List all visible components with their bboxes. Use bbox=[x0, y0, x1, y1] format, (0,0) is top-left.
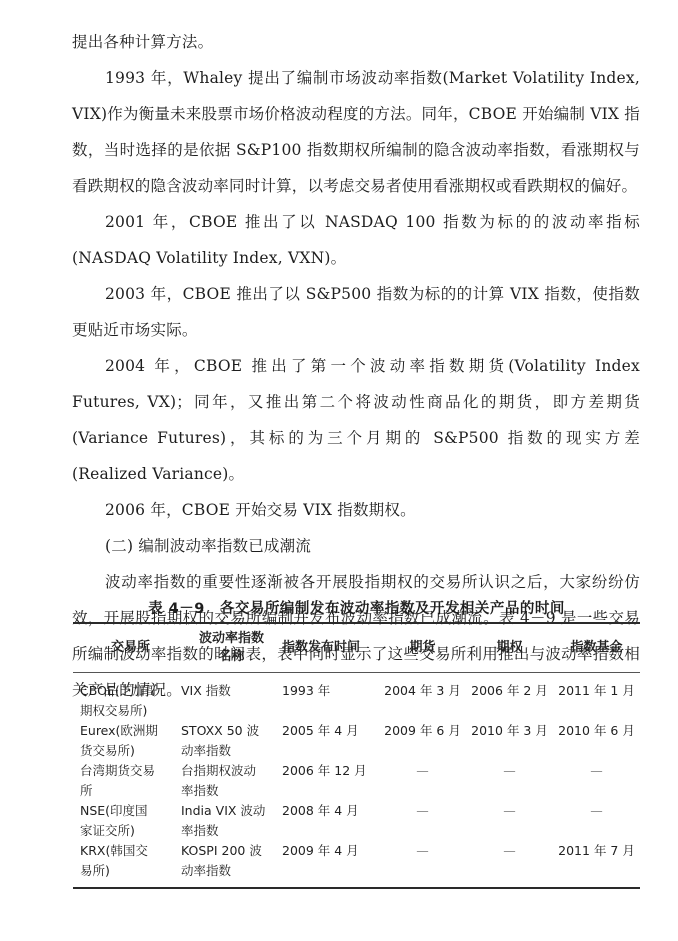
paragraph-1993-vix: 1993 年，Whaley 提出了编制市场波动率指数(Market Volati… bbox=[72, 60, 640, 204]
cell-options: — bbox=[466, 841, 553, 888]
header-futures: 期货 bbox=[379, 623, 466, 673]
cell-exchange-line2: 所 bbox=[80, 783, 93, 798]
cell-futures: — bbox=[379, 841, 466, 888]
cell-options: — bbox=[466, 761, 553, 801]
header-index-name: 波动率指数 名称 bbox=[181, 623, 282, 673]
table-row: CBOE(芝加哥期权交易所) VIX 指数 1993 年 2004 年 3 月 … bbox=[73, 673, 640, 722]
cell-index-name-line1: STOXX 50 波 bbox=[181, 723, 259, 738]
header-exchange: 交易所 bbox=[73, 623, 181, 673]
cell-exchange-line2: 家证交所) bbox=[80, 823, 135, 838]
cell-exchange: 台湾期货交易所 bbox=[73, 761, 181, 801]
paragraph-intro-tail: 提出各种计算方法。 bbox=[72, 24, 640, 60]
cell-futures: 2009 年 6 月 bbox=[379, 721, 466, 761]
header-index-fund: 指数基金 bbox=[553, 623, 640, 673]
table-row: 台湾期货交易所 台指期权波动率指数 2006 年 12 月 — — — bbox=[73, 761, 640, 801]
cell-index-name-line1: 台指期权波动 bbox=[181, 763, 256, 778]
cell-exchange-line2: 货交易所) bbox=[80, 743, 135, 758]
cell-index-name: 台指期权波动率指数 bbox=[181, 761, 282, 801]
cell-index-name-line2: 率指数 bbox=[181, 823, 219, 838]
table-row: NSE(印度国家证交所) India VIX 波动率指数 2008 年 4 月 … bbox=[73, 801, 640, 841]
cell-release: 2008 年 4 月 bbox=[282, 801, 379, 841]
cell-exchange-line1: Eurex(欧洲期 bbox=[80, 723, 158, 738]
header-options: 期权 bbox=[466, 623, 553, 673]
header-exchange-label: 交易所 bbox=[111, 640, 150, 655]
cell-index-name-line1: VIX 指数 bbox=[181, 683, 231, 698]
paragraph-2003-sp500: 2003 年，CBOE 推出了以 S&P500 指数为标的的计算 VIX 指数，… bbox=[72, 276, 640, 348]
cell-options: — bbox=[466, 801, 553, 841]
table-4-9: 表 4－9 各交易所编制发布波动率指数及开发相关产品的时间 交易所 波动率指数 … bbox=[73, 598, 640, 889]
cell-release: 2009 年 4 月 bbox=[282, 841, 379, 888]
cell-exchange-line1: NSE(印度国 bbox=[80, 803, 148, 818]
paragraph-2004-futures: 2004 年，CBOE 推出了第一个波动率指数期货(Volatility Ind… bbox=[72, 348, 640, 492]
cell-fund: 2010 年 6 月 bbox=[553, 721, 640, 761]
cell-release: 1993 年 bbox=[282, 673, 379, 722]
cell-exchange: CBOE(芝加哥期权交易所) bbox=[73, 673, 181, 722]
volatility-index-table: 交易所 波动率指数 名称 指数发布时间 期货 期权 指数基金 CBOE(芝加哥期… bbox=[73, 622, 640, 889]
paragraph-2006-options: 2006 年，CBOE 开始交易 VIX 指数期权。 bbox=[72, 492, 640, 528]
header-index-fund-label: 指数基金 bbox=[570, 640, 622, 655]
cell-exchange-line1: KRX(韩国交 bbox=[80, 843, 148, 858]
cell-fund: 2011 年 7 月 bbox=[553, 841, 640, 888]
cell-exchange: Eurex(欧洲期货交易所) bbox=[73, 721, 181, 761]
cell-futures: — bbox=[379, 801, 466, 841]
header-futures-label: 期货 bbox=[409, 640, 435, 655]
cell-index-name-line2: 动率指数 bbox=[181, 743, 231, 758]
table-header-row: 交易所 波动率指数 名称 指数发布时间 期货 期权 指数基金 bbox=[73, 623, 640, 673]
cell-release: 2006 年 12 月 bbox=[282, 761, 379, 801]
header-index-name-line1: 波动率指数 bbox=[199, 631, 264, 646]
cell-futures: — bbox=[379, 761, 466, 801]
cell-exchange-line2: 期权交易所) bbox=[80, 703, 147, 718]
cell-fund: — bbox=[553, 761, 640, 801]
header-options-label: 期权 bbox=[496, 640, 522, 655]
cell-index-name-line1: India VIX 波动 bbox=[181, 803, 265, 818]
header-release-time-label: 指数发布时间 bbox=[282, 640, 360, 655]
cell-index-name: VIX 指数 bbox=[181, 673, 282, 722]
cell-fund: — bbox=[553, 801, 640, 841]
paragraph-2001-vxn: 2001 年，CBOE 推出了以 NASDAQ 100 指数为标的的波动率指标(… bbox=[72, 204, 640, 276]
table-title: 表 4－9 各交易所编制发布波动率指数及开发相关产品的时间 bbox=[73, 598, 640, 620]
cell-futures: 2004 年 3 月 bbox=[379, 673, 466, 722]
cell-index-name-line2: 动率指数 bbox=[181, 863, 231, 878]
cell-release: 2005 年 4 月 bbox=[282, 721, 379, 761]
cell-fund: 2011 年 1 月 bbox=[553, 673, 640, 722]
cell-exchange: KRX(韩国交易所) bbox=[73, 841, 181, 888]
header-release-time: 指数发布时间 bbox=[282, 623, 379, 673]
section-heading: (二) 编制波动率指数已成潮流 bbox=[72, 528, 640, 564]
header-index-name-line2: 名称 bbox=[218, 649, 244, 664]
cell-exchange-line1: 台湾期货交易 bbox=[80, 763, 155, 778]
cell-options: 2010 年 3 月 bbox=[466, 721, 553, 761]
cell-options: 2006 年 2 月 bbox=[466, 673, 553, 722]
cell-exchange-line2: 易所) bbox=[80, 863, 110, 878]
cell-index-name-line2: 率指数 bbox=[181, 783, 219, 798]
table-row: Eurex(欧洲期货交易所) STOXX 50 波动率指数 2005 年 4 月… bbox=[73, 721, 640, 761]
cell-exchange: NSE(印度国家证交所) bbox=[73, 801, 181, 841]
cell-index-name: KOSPI 200 波动率指数 bbox=[181, 841, 282, 888]
cell-index-name: India VIX 波动率指数 bbox=[181, 801, 282, 841]
cell-exchange-line1: CBOE(芝加哥 bbox=[80, 683, 157, 698]
cell-index-name-line1: KOSPI 200 波 bbox=[181, 843, 262, 858]
cell-index-name: STOXX 50 波动率指数 bbox=[181, 721, 282, 761]
table-row: KRX(韩国交易所) KOSPI 200 波动率指数 2009 年 4 月 — … bbox=[73, 841, 640, 888]
